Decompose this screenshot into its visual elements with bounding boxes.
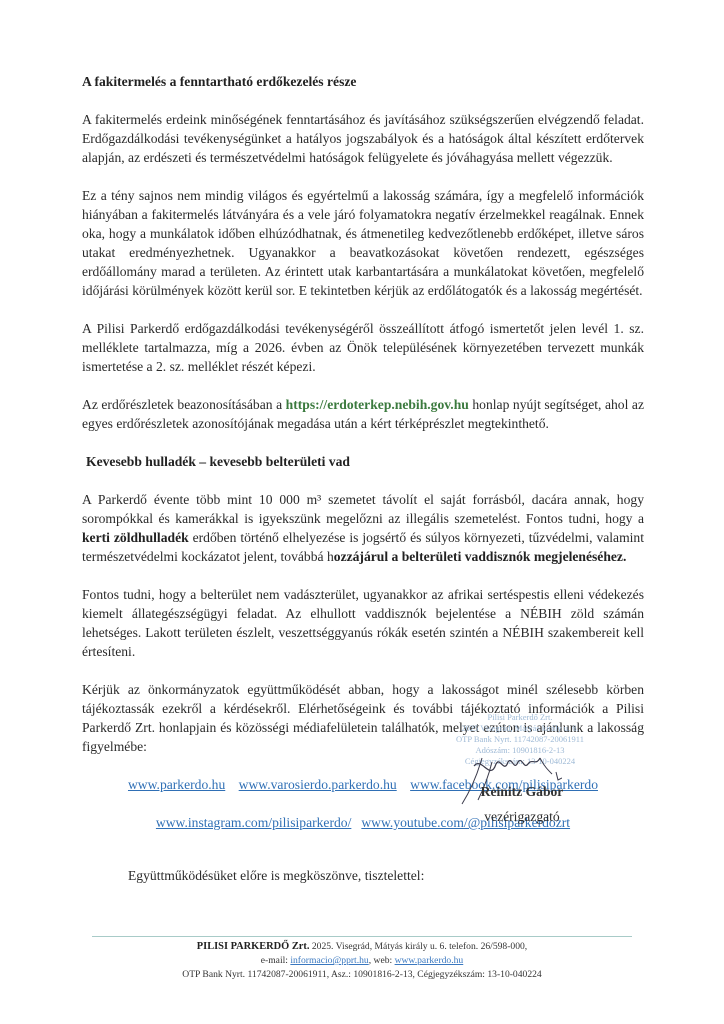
footer-address: 2025. Visegrád, Mátyás király u. 6. tele…: [309, 941, 527, 952]
closing-line: Együttműködésüket előre is megköszönve, …: [128, 866, 644, 885]
stamp-line: 2025 Visegrád, Mátyás király u. 6.: [432, 723, 608, 734]
letter-footer: PILISI PARKERDŐ Zrt. 2025. Visegrád, Mát…: [82, 940, 642, 982]
text: , web:: [369, 955, 395, 966]
text: e-mail:: [261, 955, 291, 966]
signer-name: Reinitz Gábor: [462, 782, 582, 801]
signer-block: Reinitz Gábor vezérigazgató: [462, 782, 582, 826]
stamp-line: Pilisi Parkerdő Zrt.: [432, 712, 608, 723]
footer-email-link[interactable]: informacio@pprt.hu: [290, 955, 368, 966]
text: Az erdőrészletek beazonosításában a: [82, 397, 286, 412]
paragraph: Ez a tény sajnos nem mindig világos és e…: [82, 186, 644, 300]
stamp-line: OTP Bank Nyrt. 11742087-20061911: [432, 734, 608, 745]
paragraph-waste: A Parkerdő évente több mint 10 000 m³ sz…: [82, 490, 644, 566]
link-instagram[interactable]: www.instagram.com/pilisiparkerdo/: [156, 815, 351, 830]
link-varosierdo[interactable]: www.varosierdo.parkerdo.hu: [239, 777, 397, 792]
section-heading-waste: Kevesebb hulladék – kevesebb belterületi…: [86, 452, 644, 471]
forest-map-link[interactable]: https://erdoterkep.nebih.gov.hu: [286, 397, 469, 412]
footer-line-2: e-mail: informacio@pprt.hu, web: www.par…: [82, 954, 642, 968]
footer-company: PILISI PARKERDŐ Zrt.: [197, 941, 310, 952]
letter-page: A fakitermelés a fenntartható erdőkezelé…: [0, 0, 724, 1024]
paragraph: A fakitermelés erdeink minőségének fennt…: [82, 110, 644, 167]
footer-line-1: PILISI PARKERDŐ Zrt. 2025. Visegrád, Mát…: [82, 940, 642, 954]
text: A Parkerdő évente több mint 10 000 m³ sz…: [82, 492, 644, 526]
paragraph: A Pilisi Parkerdő erdőgazdálkodási tevék…: [82, 319, 644, 376]
footer-web-link[interactable]: www.parkerdo.hu: [395, 955, 464, 966]
bold-text: ozzájárul a belterületi vaddisznók megje…: [334, 549, 627, 564]
footer-bank: OTP Bank Nyrt. 11742087-20061911, Asz.: …: [82, 968, 642, 982]
bold-text: kerti zöldhulladék: [82, 530, 189, 545]
link-parkerdo[interactable]: www.parkerdo.hu: [128, 777, 225, 792]
signer-role: vezérigazgató: [462, 807, 582, 826]
footer-divider: [92, 936, 632, 937]
paragraph-forest-map: Az erdőrészletek beazonosításában a http…: [82, 395, 644, 433]
paragraph: Fontos tudni, hogy a belterület nem vadá…: [82, 585, 644, 661]
section-heading-logging: A fakitermelés a fenntartható erdőkezelé…: [82, 72, 644, 91]
